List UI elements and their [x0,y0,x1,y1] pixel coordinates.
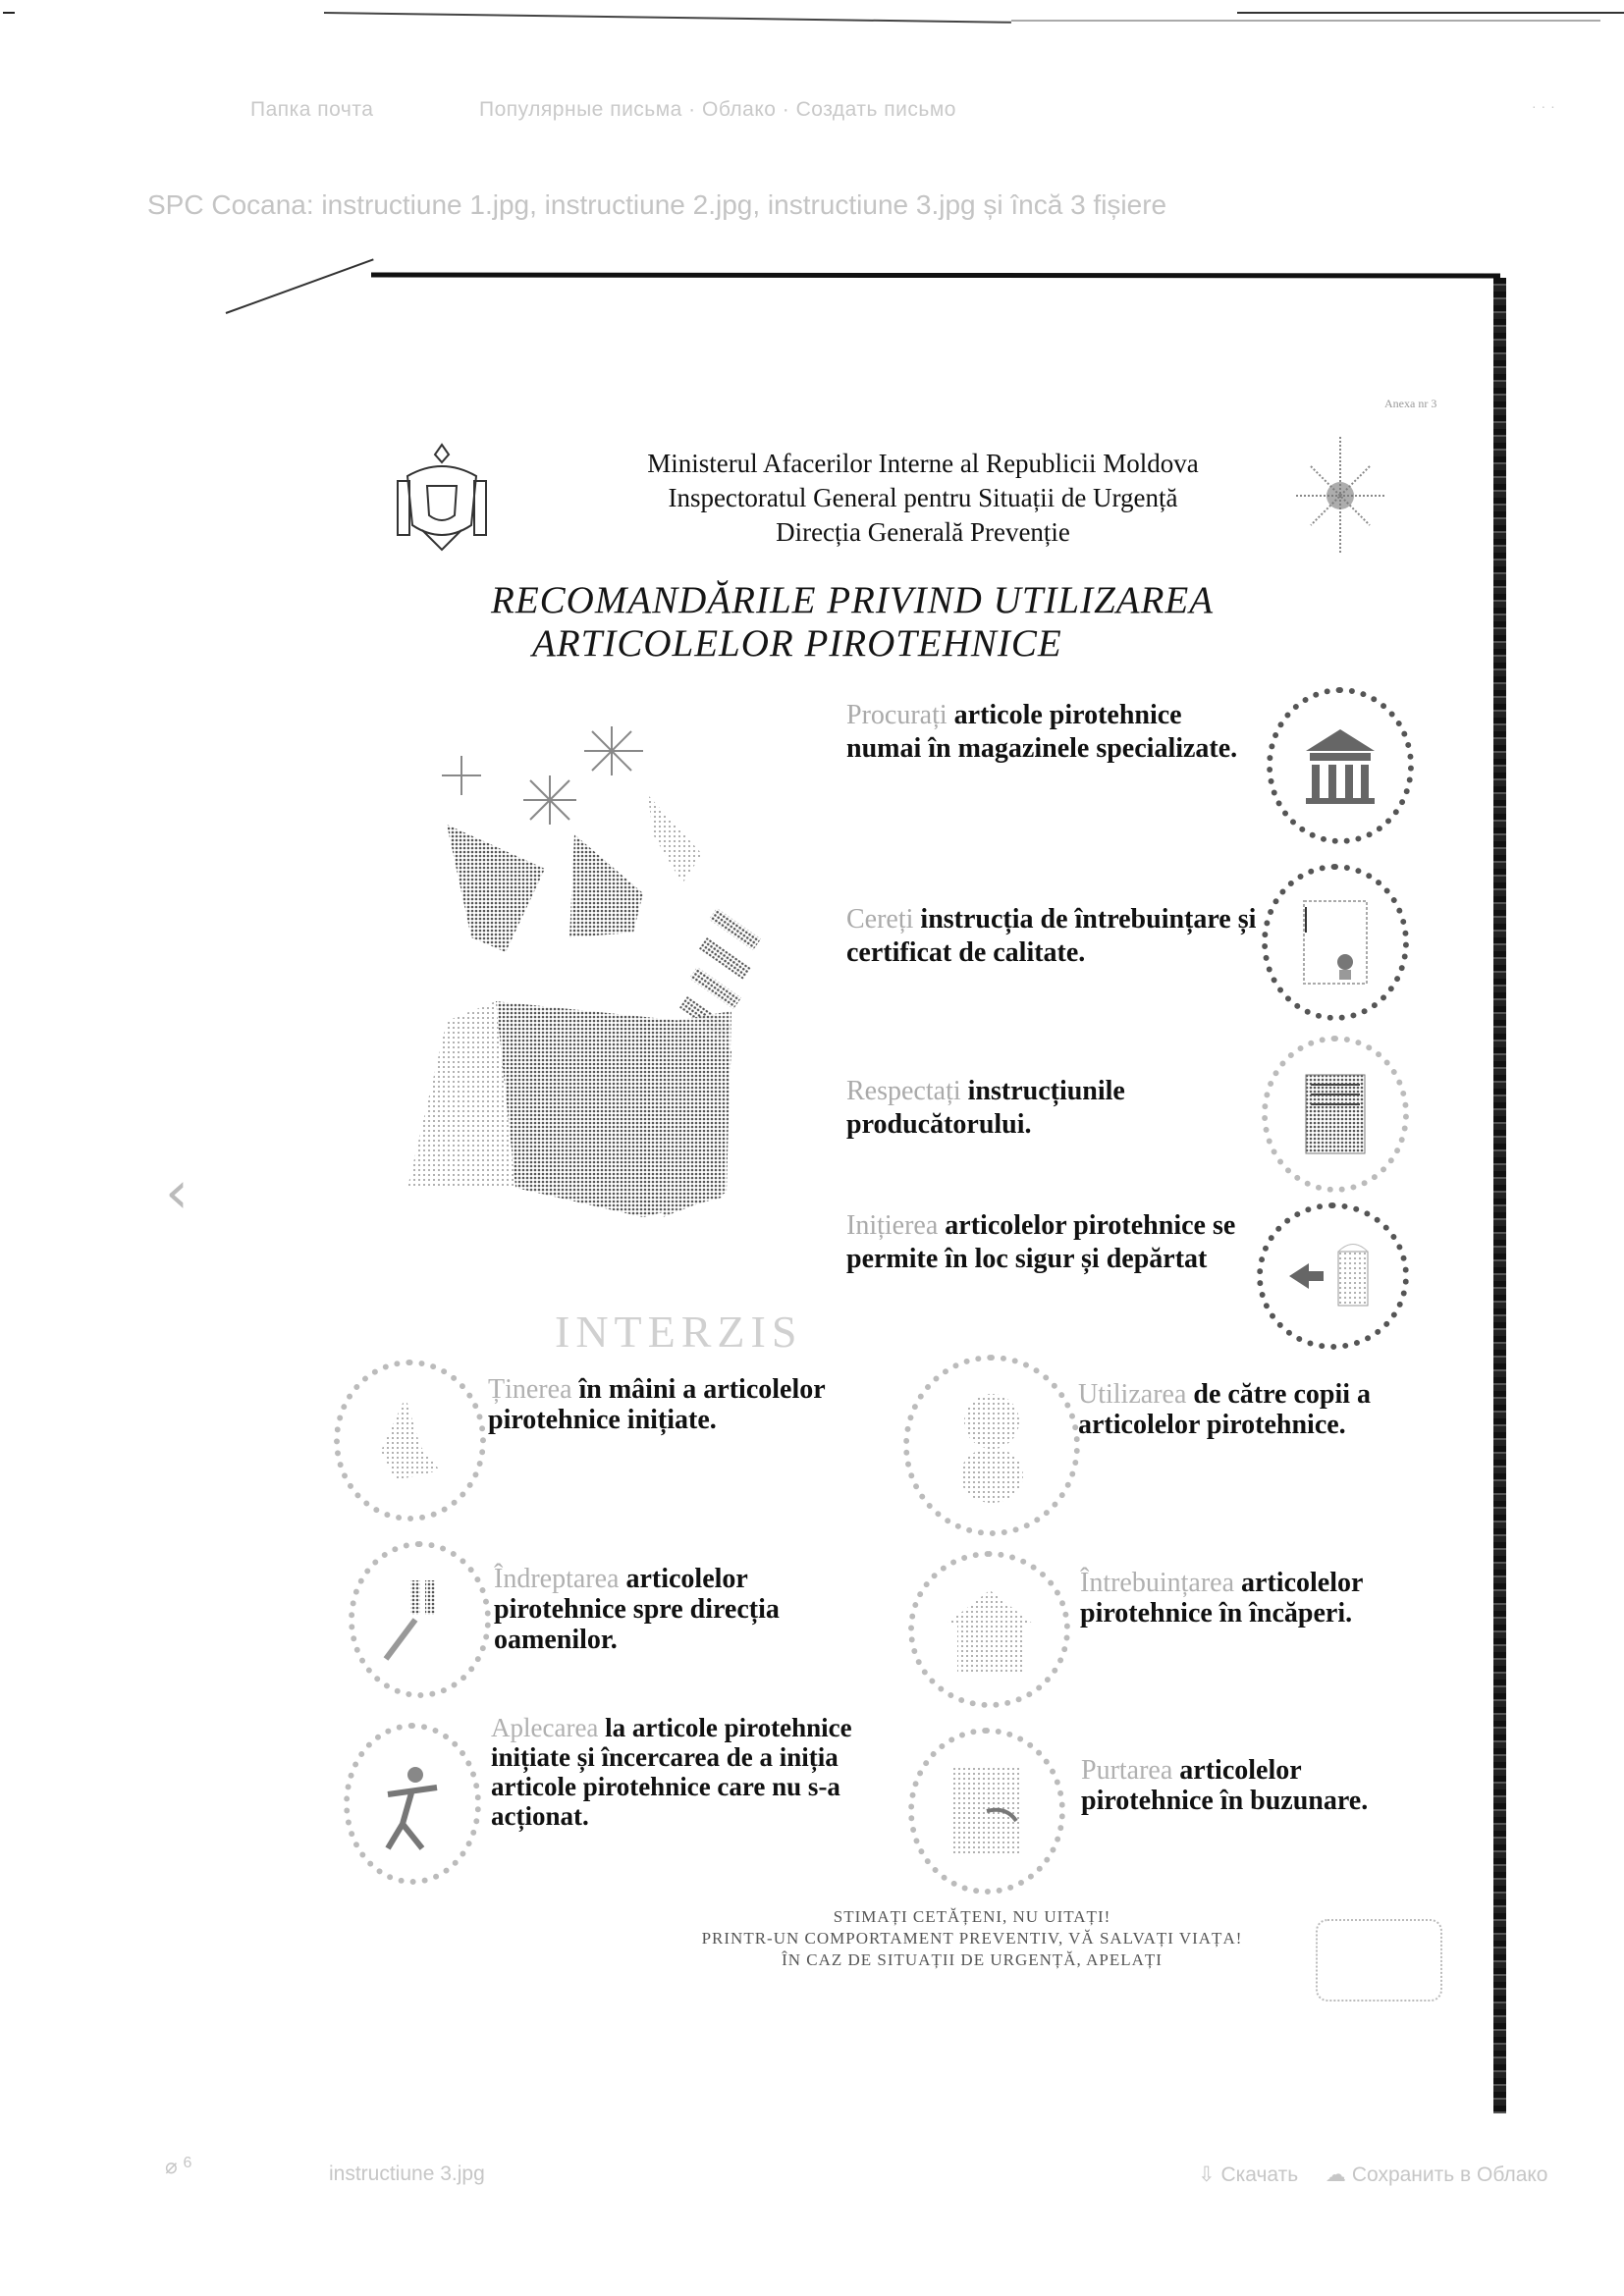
save-to-cloud-button[interactable]: ☁ Сохранить в Облако [1326,2163,1547,2187]
prohibition-item: Întrebuințarea articolelor pirotehnice î… [1080,1568,1434,1629]
aiming-at-people-icon [349,1541,491,1698]
recommendation-lead: Cereți [846,904,913,934]
previous-image-button[interactable]: ‹ [165,1158,189,1227]
prohibited-heading: INTERZIS [555,1306,802,1358]
prohibition-item: Ținerea în mâini a articolelor pirotehni… [488,1374,861,1435]
download-button[interactable]: ⇩ Скачать [1198,2163,1298,2187]
annex-label: Anexa nr 3 [1384,397,1436,411]
emergency-phone-badge-icon [1316,1919,1442,2002]
closing-line-3: ÎN CAZ DE SITUAȚII DE URGENȚĂ, APELAȚI [569,1949,1375,1971]
prohibition-lead: Ținerea [488,1374,572,1405]
closing-line-1: STIMAȚI CETĂȚENI, NU UITAȚI! [569,1906,1375,1928]
leaning-person-icon [344,1723,481,1885]
recommendation-lead: Inițierea [846,1210,938,1241]
moldova-coat-of-arms-icon [388,437,496,555]
shop-icon [1267,687,1414,844]
prohibition-lead: Utilizarea [1078,1379,1186,1410]
prohibition-lead: Aplecarea [491,1713,598,1742]
scan-artifact-top [0,12,1624,31]
recommendation-item: Respectați instrucțiunile producătorului… [846,1075,1259,1142]
recommendation-item: Cereți instrucția de întrebuințare și ce… [846,903,1259,970]
scan-border-top [371,272,1500,278]
nav-folder-link[interactable]: Папка почта [250,98,373,122]
file-name: instructiune 3.jpg [329,2163,485,2186]
prohibition-lead: Îndreptarea [494,1564,619,1594]
title-line-2: ARTICOLELOR PIROTEHNICE [491,622,1316,666]
document-title: RECOMANDĂRILE PRIVIND UTILIZAREA ARTICOL… [491,579,1316,666]
child-icon [903,1355,1080,1536]
cloud-upload-icon: ☁ [1326,2163,1346,2186]
download-label: Скачать [1220,2163,1298,2186]
recommendation-item: Inițierea articolelor pirotehnice se per… [846,1209,1259,1276]
recommendation-lead: Procurați [846,700,947,730]
closing-line-2: PRINTR-UN COMPORTAMENT PREVENTIV, VĂ SAL… [569,1928,1375,1949]
instructions-document-icon [1262,1036,1409,1193]
scan-edge-diagonal [226,258,374,314]
fireworks-box-illustration [388,697,800,1227]
prohibition-lead: Purtarea [1081,1755,1172,1786]
hand-holding-firework-icon [334,1360,486,1522]
certificate-icon [1262,864,1409,1021]
prohibition-item: Utilizarea de către copii a articolelor … [1078,1379,1432,1440]
save-to-cloud-label: Сохранить в Облако [1352,2163,1548,2186]
house-icon [908,1551,1070,1708]
prohibition-item: Purtarea articolelor pirotehnice în buzu… [1081,1755,1435,1816]
directorate-name: Direcția Generală Prevenție [550,515,1296,550]
email-subject: SPC Cocana: instructiune 1.jpg, instruct… [147,189,1166,221]
recommendation-lead: Respectați [846,1076,961,1106]
attachment-count: 6 [184,2155,192,2171]
scan-border-right [1493,278,1506,2113]
recommendation-item: Procurați articole pirotehnice numai în … [846,699,1259,766]
nav-links[interactable]: Популярные письма · Облако · Создать пис… [479,98,956,122]
safe-distance-icon [1257,1202,1409,1350]
attachments-counter[interactable]: ⌀ 6 [165,2155,191,2179]
prohibition-item: Îndreptarea articolelor pirotehnice spre… [494,1564,867,1655]
prohibition-item: Aplecarea la articole pirotehnice iniția… [491,1713,884,1831]
igsu-emblem-icon [1286,432,1394,560]
paperclip-icon: ⌀ [165,2155,178,2178]
pocket-icon [908,1728,1065,1895]
ministry-name: Ministerul Afacerilor Interne al Republi… [550,447,1296,481]
title-line-1: RECOMANDĂRILE PRIVIND UTILIZAREA [491,579,1316,622]
download-icon: ⇩ [1198,2163,1216,2186]
inspectorate-name: Inspectoratul General pentru Situații de… [550,481,1296,515]
nav-user[interactable]: · · · [1532,98,1555,114]
prohibition-lead: Întrebuințarea [1080,1568,1234,1598]
chevron-left-icon: ‹ [165,1158,189,1227]
issuer-header: Ministerul Afacerilor Interne al Republi… [550,447,1296,550]
closing-message: STIMAȚI CETĂȚENI, NU UITAȚI! PRINTR-UN C… [569,1906,1375,1971]
